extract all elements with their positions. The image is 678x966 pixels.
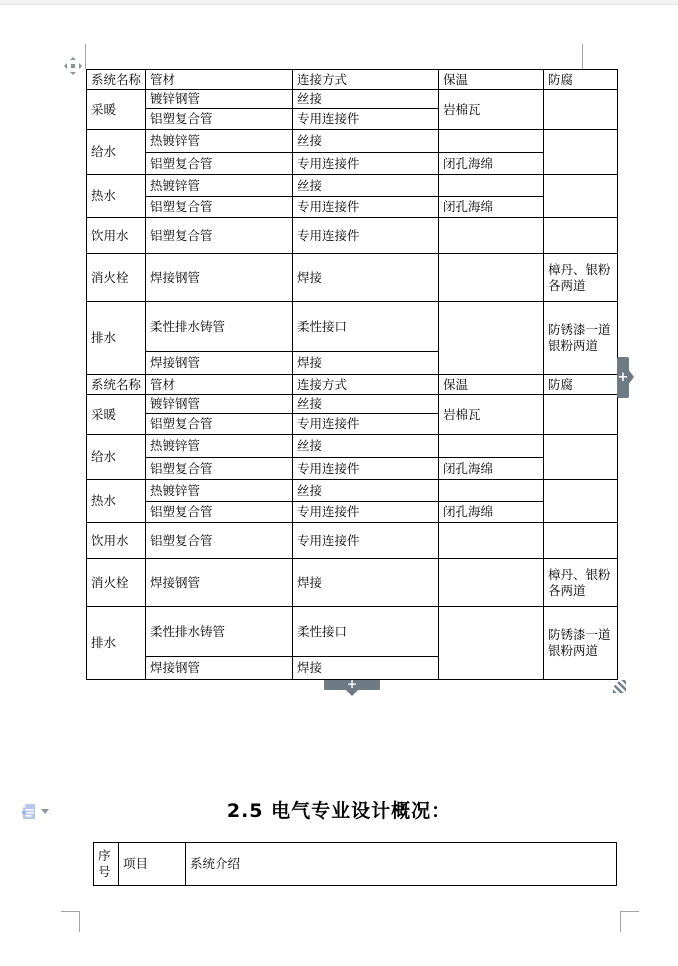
table-row: 饮用水 铝塑复合管 专用连接件 xyxy=(87,523,618,559)
cell-material[interactable]: 镀锌钢管 xyxy=(146,395,293,414)
cell-connection[interactable]: 专用连接件 xyxy=(293,153,439,175)
cell-material[interactable]: 柔性排水铸管 xyxy=(146,607,293,657)
cell-insulation[interactable] xyxy=(439,218,544,254)
header-no[interactable]: 序号 xyxy=(94,843,119,886)
cell-material[interactable]: 铝塑复合管 xyxy=(146,523,293,559)
table-row: 采暖 镀锌钢管 丝接 岩棉瓦 xyxy=(87,395,618,414)
cell-insulation[interactable] xyxy=(439,559,544,607)
header-insulation[interactable]: 保温 xyxy=(439,375,544,395)
cell-system-drinking[interactable]: 饮用水 xyxy=(87,523,146,559)
table-row: 热水 热镀锌管 丝接 xyxy=(87,480,618,502)
table-row: 采暖 镀锌钢管 丝接 岩棉瓦 xyxy=(87,90,618,109)
header-material[interactable]: 管材 xyxy=(146,70,293,90)
margin-mark-bottom-left-v xyxy=(79,911,80,932)
cell-material[interactable]: 铝塑复合管 xyxy=(146,502,293,523)
table-row: 热水 热镀锌管 丝接 xyxy=(87,175,618,197)
add-row-plus-icon: + xyxy=(347,677,357,691)
header-item[interactable]: 项目 xyxy=(119,843,186,886)
cell-insulation[interactable] xyxy=(439,607,544,680)
header-insulation[interactable]: 保温 xyxy=(439,70,544,90)
cell-anticorrosion[interactable] xyxy=(544,523,618,559)
cell-insulation[interactable]: 岩棉瓦 xyxy=(439,395,544,435)
cell-connection[interactable]: 焊接 xyxy=(293,559,439,607)
cell-anticorrosion[interactable] xyxy=(544,90,618,130)
cell-system-hydrant[interactable]: 消火栓 xyxy=(87,559,146,607)
cell-material[interactable]: 铝塑复合管 xyxy=(146,218,293,254)
table-row: 给水 热镀锌管 丝接 xyxy=(87,435,618,458)
cell-anticorrosion[interactable] xyxy=(544,175,618,218)
table-row: 系统名称 管材 连接方式 保温 防腐 xyxy=(87,70,618,90)
cell-material[interactable]: 铝塑复合管 xyxy=(146,414,293,435)
table-row: 铝塑复合管 专用连接件 闭孔海绵 xyxy=(87,502,618,523)
cell-insulation[interactable] xyxy=(439,480,544,502)
table-resize-handle-icon[interactable] xyxy=(613,680,626,693)
cell-material[interactable]: 热镀锌管 xyxy=(146,130,293,153)
cell-insulation[interactable] xyxy=(439,523,544,559)
margin-mark-bottom-left-h xyxy=(61,911,80,912)
cell-system-supply[interactable]: 给水 xyxy=(87,435,146,480)
table-row: 消火栓 焊接钢管 焊接 樟丹、银粉各两道 xyxy=(87,559,618,607)
cell-insulation[interactable] xyxy=(439,254,544,302)
piping-table-2: 系统名称 管材 连接方式 保温 防腐 采暖 镀锌钢管 丝接 岩棉瓦 铝塑复合管 … xyxy=(86,374,618,680)
cell-connection[interactable]: 焊接 xyxy=(293,657,439,680)
cell-connection[interactable]: 专用连接件 xyxy=(293,502,439,523)
cell-material[interactable]: 焊接钢管 xyxy=(146,254,293,302)
table-row: 给水 热镀锌管 丝接 xyxy=(87,130,618,153)
cell-anticorrosion[interactable]: 樟丹、银粉各两道 xyxy=(544,559,618,607)
cell-connection[interactable]: 丝接 xyxy=(293,175,439,197)
cell-system-drain[interactable]: 排水 xyxy=(87,607,146,680)
cell-connection[interactable]: 丝接 xyxy=(293,480,439,502)
header-intro[interactable]: 系统介绍 xyxy=(186,843,617,886)
cell-connection[interactable]: 丝接 xyxy=(293,90,439,109)
section-heading[interactable]: 2.5 电气专业设计概况： xyxy=(0,796,678,823)
cell-material[interactable]: 焊接钢管 xyxy=(146,657,293,680)
cell-anticorrosion[interactable] xyxy=(544,218,618,254)
cell-connection[interactable]: 丝接 xyxy=(293,395,439,414)
cell-anticorrosion[interactable] xyxy=(544,480,618,523)
table-row: 系统名称 管材 连接方式 保温 防腐 xyxy=(87,375,618,395)
cell-connection[interactable]: 焊接 xyxy=(293,254,439,302)
cell-system-hydrant[interactable]: 消火栓 xyxy=(87,254,146,302)
table-row: 饮用水 铝塑复合管 专用连接件 xyxy=(87,218,618,254)
cell-insulation[interactable] xyxy=(439,435,544,458)
cell-connection[interactable]: 专用连接件 xyxy=(293,523,439,559)
cell-material[interactable]: 铝塑复合管 xyxy=(146,458,293,480)
table-move-handle-icon[interactable] xyxy=(64,57,82,75)
add-column-button[interactable]: + xyxy=(617,357,629,398)
cell-connection[interactable]: 丝接 xyxy=(293,435,439,458)
table-row: 排水 柔性排水铸管 柔性接口 防锈漆一道银粉两道 xyxy=(87,302,618,352)
cell-insulation[interactable]: 闭孔海绵 xyxy=(439,197,544,218)
cell-material[interactable]: 镀锌钢管 xyxy=(146,90,293,109)
cell-insulation[interactable]: 闭孔海绵 xyxy=(439,502,544,523)
table-row: 铝塑复合管 专用连接件 闭孔海绵 xyxy=(87,153,618,175)
cell-insulation[interactable]: 闭孔海绵 xyxy=(439,458,544,480)
header-system[interactable]: 系统名称 xyxy=(87,70,146,90)
margin-mark-bottom-right-v xyxy=(620,911,621,932)
add-column-plus-icon: + xyxy=(618,370,629,385)
header-system[interactable]: 系统名称 xyxy=(87,375,146,395)
cell-anticorrosion[interactable]: 防锈漆一道银粉两道 xyxy=(544,302,618,375)
cell-material[interactable]: 铝塑复合管 xyxy=(146,153,293,175)
cell-material[interactable]: 铝塑复合管 xyxy=(146,197,293,218)
cell-system-heating[interactable]: 采暖 xyxy=(87,90,146,130)
cell-connection[interactable]: 专用连接件 xyxy=(293,218,439,254)
margin-mark-top-right xyxy=(582,44,583,69)
cell-material[interactable]: 热镀锌管 xyxy=(146,435,293,458)
cell-anticorrosion[interactable] xyxy=(544,130,618,175)
table-row: 排水 柔性排水铸管 柔性接口 防锈漆一道银粉两道 xyxy=(87,607,618,657)
page: { "pipe": { "headers": { "system": "系统名称… xyxy=(0,0,678,966)
piping-table-1: 系统名称 管材 连接方式 保温 防腐 采暖 镀锌钢管 丝接 岩棉瓦 铝塑复合管 … xyxy=(86,69,618,375)
cell-connection[interactable]: 专用连接件 xyxy=(293,109,439,130)
cell-connection[interactable]: 柔性接口 xyxy=(293,607,439,657)
cell-connection[interactable]: 专用连接件 xyxy=(293,197,439,218)
header-connection[interactable]: 连接方式 xyxy=(293,70,439,90)
cell-connection[interactable]: 柔性接口 xyxy=(293,302,439,352)
cell-anticorrosion[interactable]: 防锈漆一道银粉两道 xyxy=(544,607,618,680)
header-material[interactable]: 管材 xyxy=(146,375,293,395)
cell-anticorrosion[interactable] xyxy=(544,395,618,435)
cell-insulation[interactable] xyxy=(439,130,544,153)
cell-insulation[interactable]: 岩棉瓦 xyxy=(439,90,544,130)
cell-system-drinking[interactable]: 饮用水 xyxy=(87,218,146,254)
cell-insulation[interactable] xyxy=(439,302,544,375)
cell-connection[interactable]: 丝接 xyxy=(293,130,439,153)
cell-system-supply[interactable]: 给水 xyxy=(87,130,146,175)
cell-insulation[interactable] xyxy=(439,175,544,197)
cell-insulation[interactable]: 闭孔海绵 xyxy=(439,153,544,175)
header-connection[interactable]: 连接方式 xyxy=(293,375,439,395)
cell-material[interactable]: 热镀锌管 xyxy=(146,175,293,197)
cell-anticorrosion[interactable] xyxy=(544,435,618,480)
cell-system-heating[interactable]: 采暖 xyxy=(87,395,146,435)
table-row: 序号 项目 系统介绍 xyxy=(94,843,617,886)
electrical-table: 序号 项目 系统介绍 xyxy=(93,842,617,886)
window-top-edge xyxy=(0,0,678,5)
margin-mark-top-left xyxy=(85,44,86,69)
cell-connection[interactable]: 焊接 xyxy=(293,352,439,375)
cell-system-hot[interactable]: 热水 xyxy=(87,480,146,523)
cell-material[interactable]: 柔性排水铸管 xyxy=(146,302,293,352)
cell-system-drain[interactable]: 排水 xyxy=(87,302,146,375)
cell-connection[interactable]: 专用连接件 xyxy=(293,414,439,435)
table-row: 铝塑复合管 专用连接件 闭孔海绵 xyxy=(87,458,618,480)
header-anticorrosion[interactable]: 防腐 xyxy=(544,375,618,395)
cell-material[interactable]: 焊接钢管 xyxy=(146,352,293,375)
cell-material[interactable]: 焊接钢管 xyxy=(146,559,293,607)
table-row: 铝塑复合管 专用连接件 闭孔海绵 xyxy=(87,197,618,218)
header-anticorrosion[interactable]: 防腐 xyxy=(544,70,618,90)
table-row: 消火栓 焊接钢管 焊接 樟丹、银粉各两道 xyxy=(87,254,618,302)
add-row-button[interactable]: + xyxy=(324,680,380,690)
cell-material[interactable]: 铝塑复合管 xyxy=(146,109,293,130)
cell-anticorrosion[interactable]: 樟丹、银粉各两道 xyxy=(544,254,618,302)
margin-mark-bottom-right-h xyxy=(620,911,639,912)
cell-material[interactable]: 热镀锌管 xyxy=(146,480,293,502)
cell-connection[interactable]: 专用连接件 xyxy=(293,458,439,480)
cell-system-hot[interactable]: 热水 xyxy=(87,175,146,218)
